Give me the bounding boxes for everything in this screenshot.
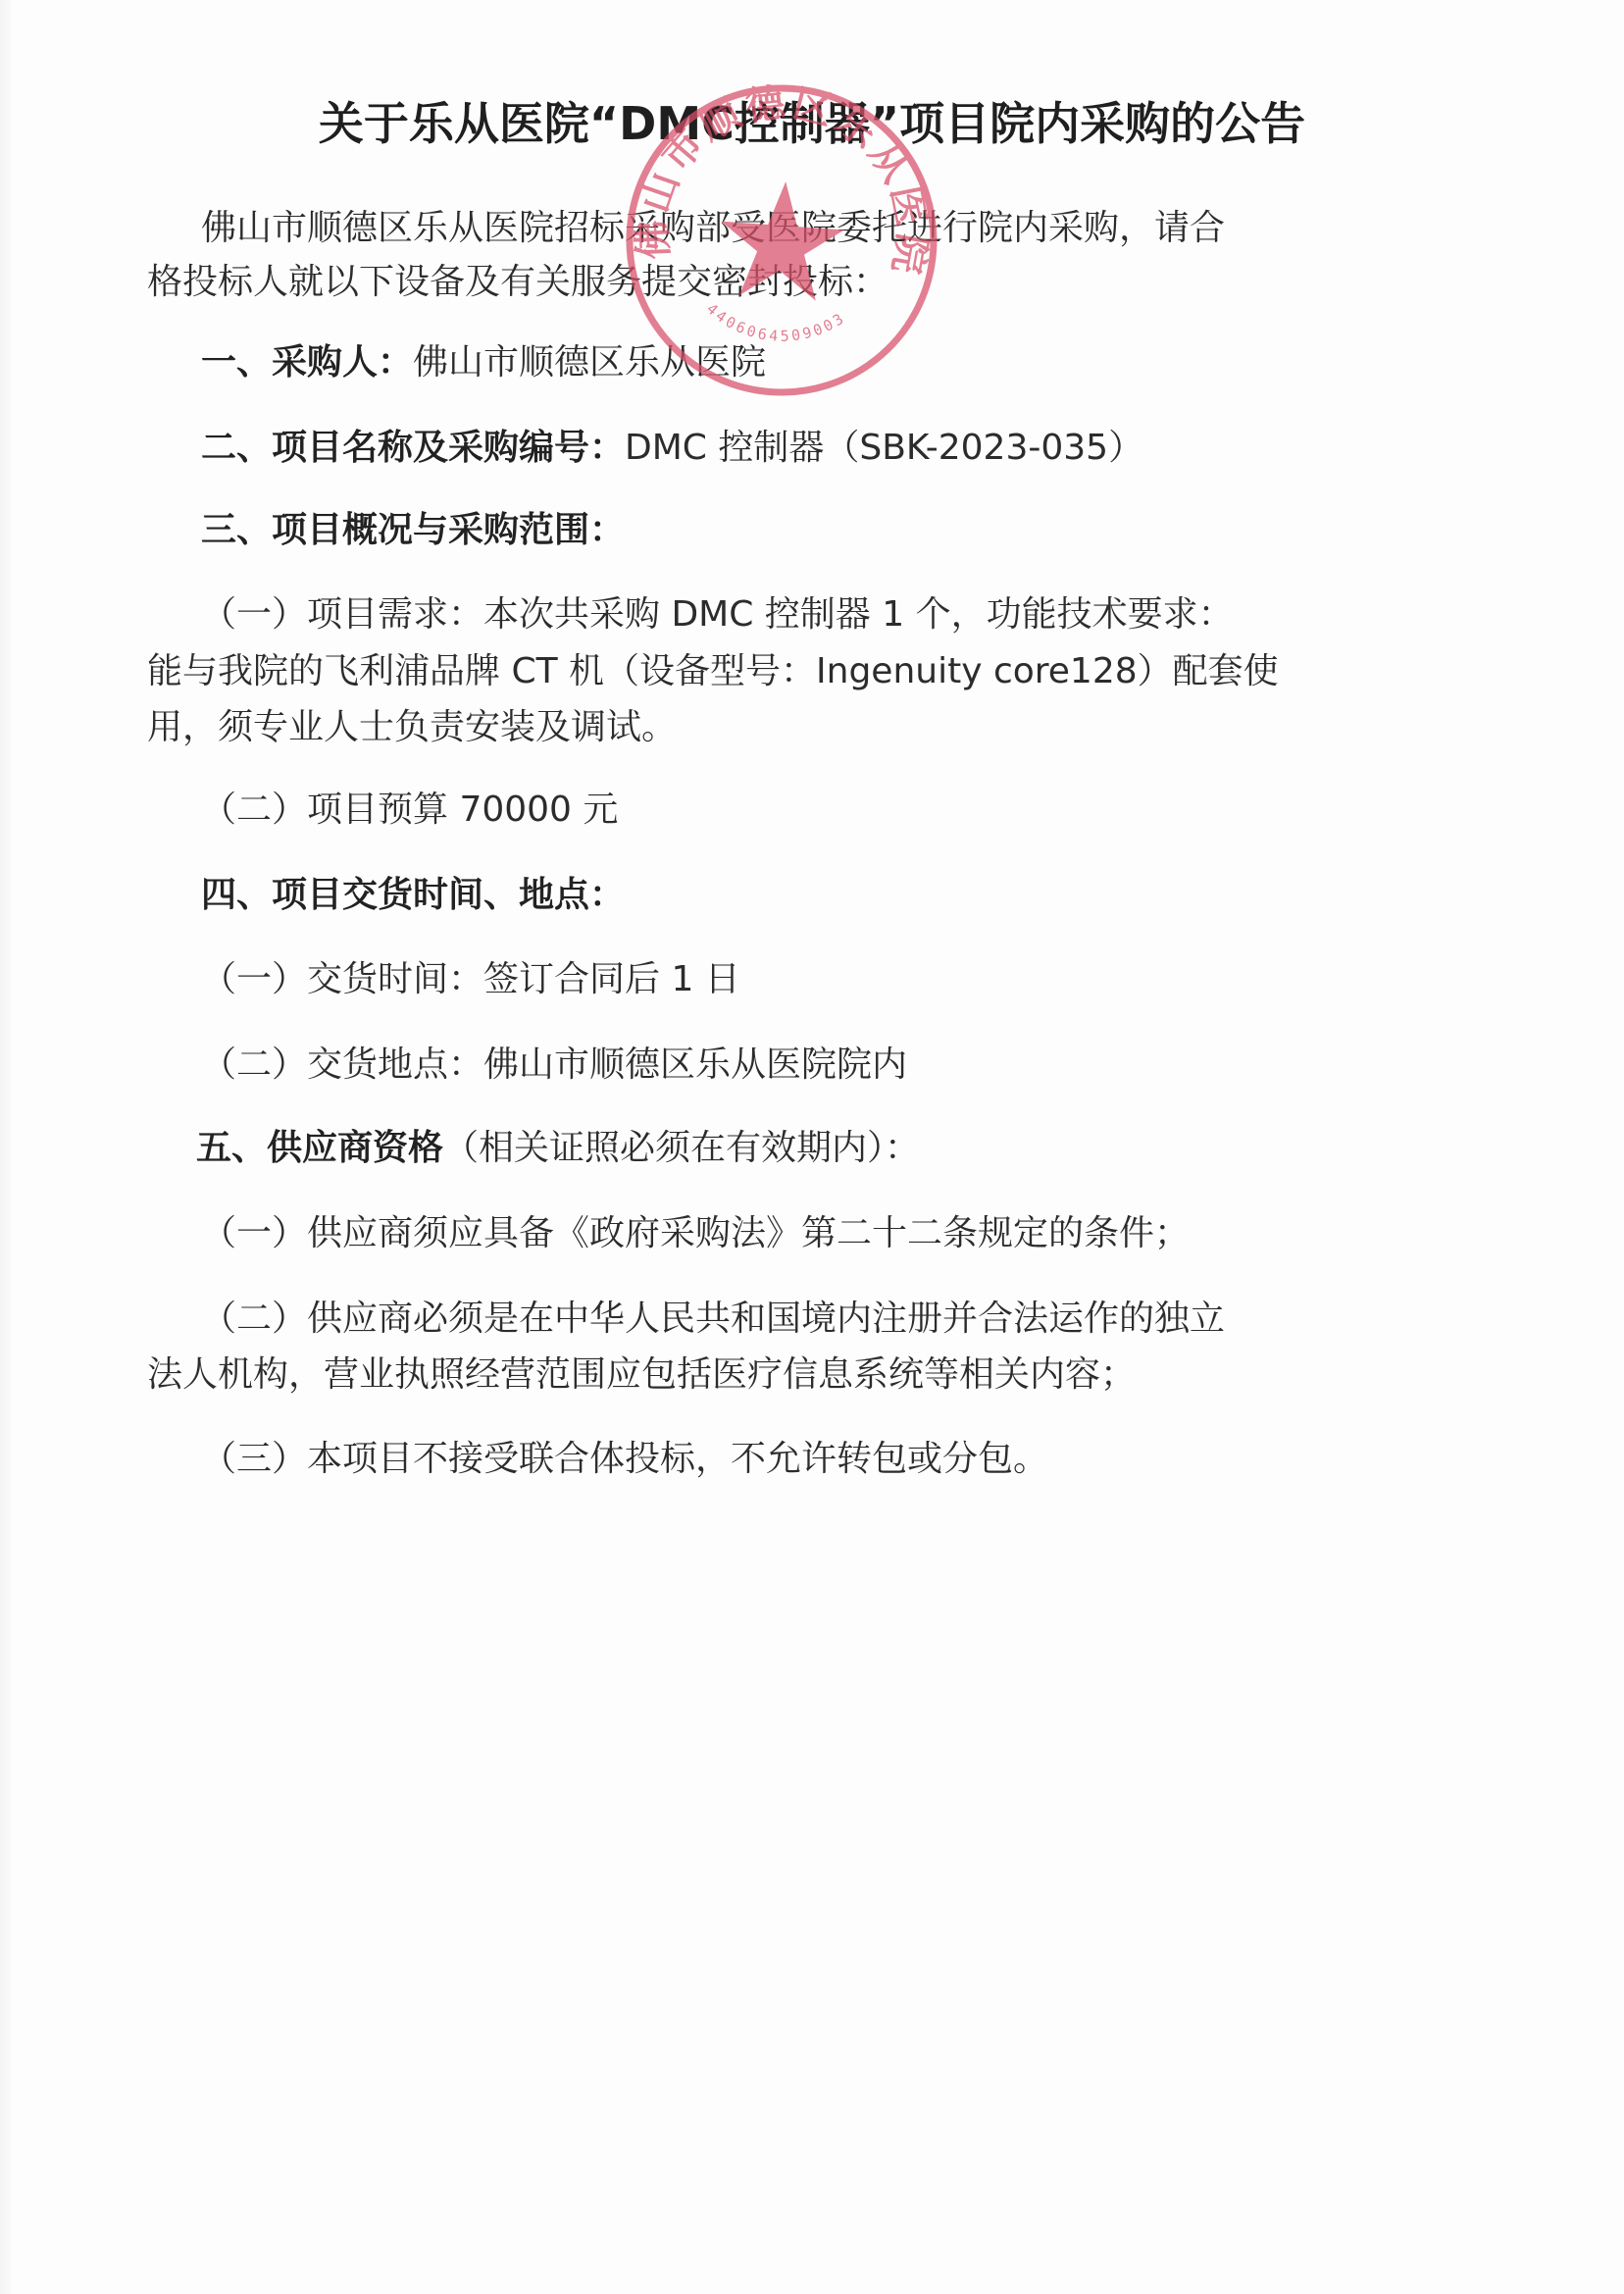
project-name-code: DMC 控制器（SBK-2023-035） bbox=[625, 428, 1143, 468]
intro-line-2: 格投标人就以下设备及有关服务提交密封投标： bbox=[147, 258, 888, 307]
section-heading-delivery: 四、项目交货时间、地点： bbox=[201, 871, 625, 920]
section-project-name: 二、项目名称及采购编号：DMC 控制器（SBK-2023-035） bbox=[201, 424, 1143, 473]
scope-item-1-line-1: （一）项目需求：本次共采购 DMC 控制器 1 个，功能技术要求： bbox=[201, 590, 1234, 639]
qualification-item-2-line-2: 法人机构，营业执照经营范围应包括医疗信息系统等相关内容； bbox=[147, 1351, 1136, 1400]
scope-item-1-line-2: 能与我院的飞利浦品牌 CT 机（设备型号：Ingenuity core128）配… bbox=[147, 647, 1279, 696]
announcement-page: 关于乐从医院“DMC控制器”项目院内采购的公告 佛山市顺德区乐从医院招标采购部受… bbox=[0, 0, 1624, 2294]
section-heading-note: （相关证照必须在有效期内）： bbox=[443, 1128, 920, 1168]
section-purchaser: 一、采购人：佛山市顺德区乐从医院 bbox=[201, 338, 766, 387]
document-title: 关于乐从医院“DMC控制器”项目院内采购的公告 bbox=[0, 94, 1624, 153]
section-heading: 二、项目名称及采购编号： bbox=[201, 428, 625, 468]
section-heading: 一、采购人： bbox=[201, 342, 413, 382]
purchaser-name: 佛山市顺德区乐从医院 bbox=[413, 342, 766, 382]
scope-item-2-budget: （二）项目预算 70000 元 bbox=[201, 786, 618, 835]
qualification-item-3: （三）本项目不接受联合体投标，不允许转包或分包。 bbox=[201, 1435, 1048, 1484]
delivery-time: （一）交货时间：签订合同后 1 日 bbox=[201, 955, 740, 1004]
section-heading: 五、供应商资格 bbox=[196, 1128, 443, 1168]
scope-item-1-line-3: 用，须专业人士负责安装及调试。 bbox=[147, 703, 677, 752]
qualification-item-2-line-1: （二）供应商必须是在中华人民共和国境内注册并合法运作的独立 bbox=[201, 1295, 1225, 1344]
delivery-location: （二）交货地点：佛山市顺德区乐从医院院内 bbox=[201, 1041, 907, 1090]
intro-line-1: 佛山市顺德区乐从医院招标采购部受医院委托进行院内采购，请合 bbox=[201, 204, 1225, 253]
qualification-item-1: （一）供应商须应具备《政府采购法》第二十二条规定的条件； bbox=[201, 1209, 1190, 1258]
section-heading-scope: 三、项目概况与采购范围： bbox=[201, 506, 625, 555]
section-supplier-qualification: 五、供应商资格（相关证照必须在有效期内）： bbox=[196, 1124, 920, 1173]
